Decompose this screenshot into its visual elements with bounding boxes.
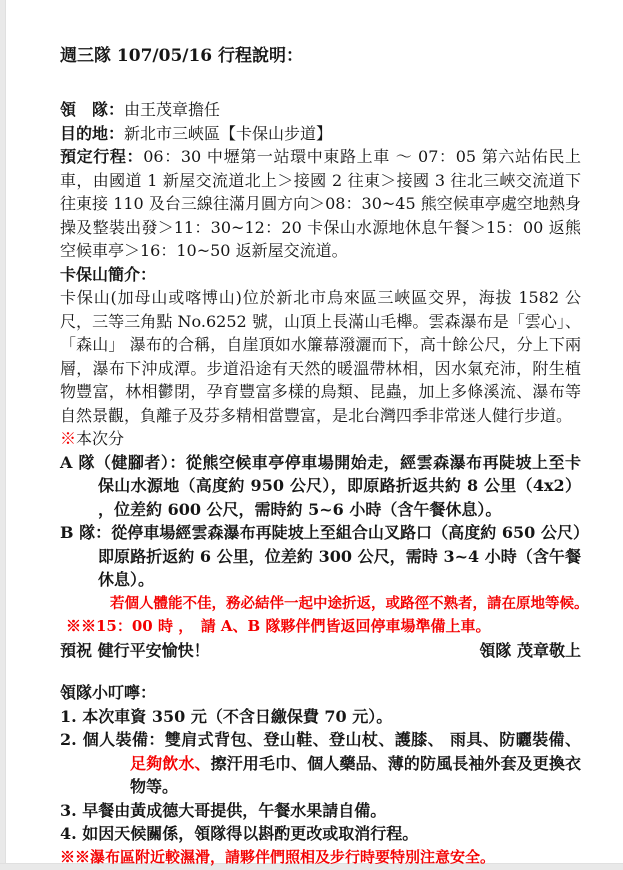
field-destination-value: 新北市三峽區【卡保山步道】 bbox=[124, 124, 332, 143]
note-item-3: 3. 早餐由黃成德大哥提供，午餐水果請自備。 bbox=[60, 799, 581, 823]
team-b-paragraph: B 隊：從停車場經雲森瀑布再陡坡上至組合山叉路口（高度約 650 公尺）即原路折… bbox=[60, 521, 581, 592]
split-note-marker: ※ bbox=[60, 429, 76, 448]
field-destination-label: 目的地： bbox=[60, 124, 124, 143]
intro-paragraph: 卡保山(加母山或喀博山)位於新北市烏來區三峽區交界，海拔 1582 公尺，三等三… bbox=[60, 286, 581, 427]
warning-wait-line: 若個人體能不佳，務必結伴一起中途折返，或路徑不熟者，請在原地等候。 bbox=[110, 592, 581, 616]
page-edge-left bbox=[0, 0, 6, 870]
leader-signature: 領隊 茂章敬上 bbox=[479, 639, 581, 663]
note-item-2: 2. 個人裝備：雙肩式背包、登山鞋、登山杖、護膝、 雨具、防曬裝備、足夠飲水、擦… bbox=[60, 728, 581, 799]
note-item-2-prefix: 2. 個人裝備：雙肩式背包、登山鞋、登山杖、護膝、 雨具、防曬裝備、 bbox=[60, 730, 581, 749]
split-note-text: 本次分 bbox=[76, 429, 124, 448]
final-safety-warning: ※※瀑布區附近較濕滑，請夥伴們照相及步行時要特別注意安全。 bbox=[60, 846, 581, 870]
field-leader-value: 由王茂章擔任 bbox=[124, 100, 220, 119]
document-title: 週三隊 107/05/16 行程說明： bbox=[60, 44, 581, 68]
notes-heading: 領隊小叮嚀： bbox=[60, 681, 581, 705]
field-destination: 目的地：新北市三峽區【卡保山步道】 bbox=[60, 122, 581, 146]
split-note: ※本次分 bbox=[60, 427, 581, 451]
field-leader-label: 領 隊： bbox=[60, 100, 124, 119]
document-page: 週三隊 107/05/16 行程說明： 領 隊：由王茂章擔任 目的地：新北市三峽… bbox=[60, 44, 581, 869]
note-item-4: 4. 如因天候關係，領隊得以斟酌更改或取消行程。 bbox=[60, 822, 581, 846]
team-a-paragraph: A 隊（健腳者）：從熊空候車亭停車場開始走，經雲森瀑布再陡坡上至卡保山水源地（高… bbox=[60, 451, 581, 522]
warning-return-time-line: ※※15：00 時 ， 請 A、B 隊夥伴們皆返回停車場準備上車。 bbox=[66, 615, 581, 639]
field-itinerary-label: 預定行程： bbox=[60, 147, 143, 166]
wish-row: 預祝 健行平安愉快！ 領隊 茂章敬上 bbox=[60, 639, 581, 663]
note-item-1: 1. 本次車資 350 元（不含日繳保費 70 元）。 bbox=[60, 705, 581, 729]
intro-section-heading: 卡保山簡介： bbox=[60, 263, 581, 287]
note-item-2-red-text: 足夠飲水、 bbox=[130, 754, 211, 773]
wish-text: 預祝 健行平安愉快！ bbox=[60, 639, 210, 663]
field-leader: 領 隊：由王茂章擔任 bbox=[60, 98, 581, 122]
field-itinerary: 預定行程：06：30 中壢第一站環中東路上車 ～ 07：05 第六站佑民上車，由… bbox=[60, 145, 581, 263]
